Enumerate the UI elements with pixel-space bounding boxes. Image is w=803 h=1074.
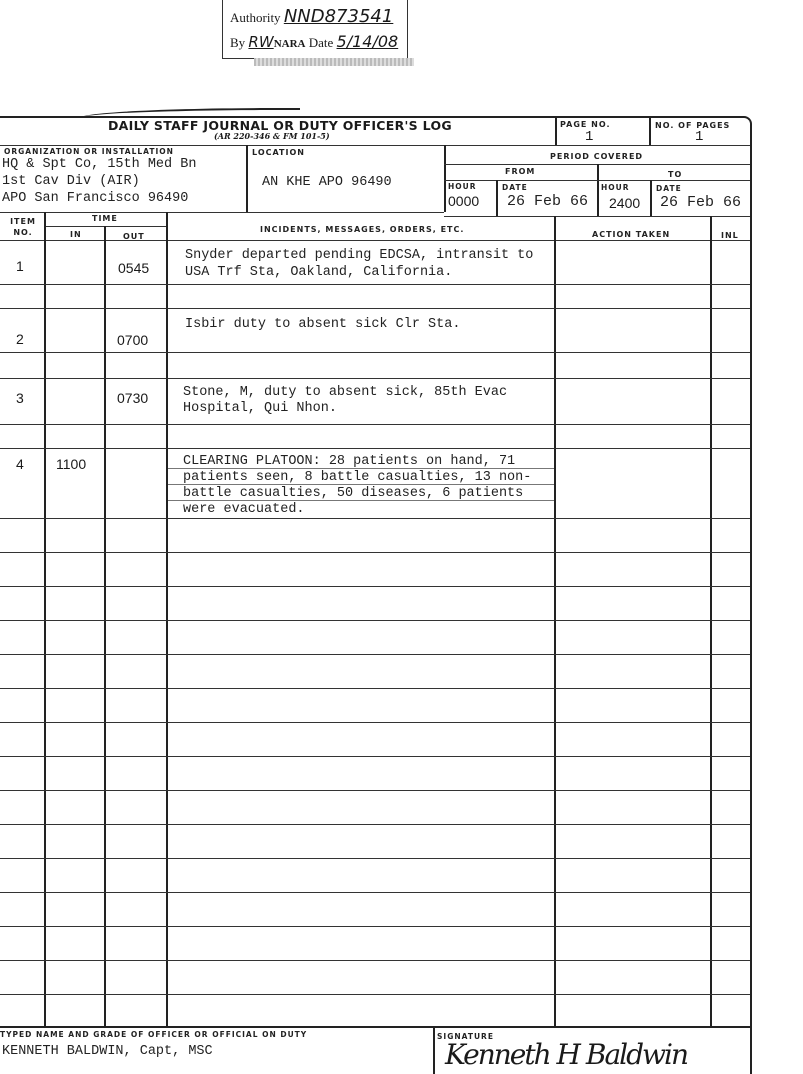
- divider: [0, 145, 750, 146]
- by-row: By RWNARA Date 5/14/08: [230, 32, 398, 51]
- column-divider: [554, 216, 556, 1026]
- row-line: [0, 688, 750, 689]
- entry-line: Isbir duty to absent sick Clr Sta.: [185, 317, 460, 333]
- entry-line: Stone, M, duty to absent sick, 85th Evac: [183, 385, 507, 401]
- divider: [444, 180, 750, 181]
- time-in: 1100: [56, 456, 86, 472]
- action-taken-header: ACTION TAKEN: [592, 230, 670, 239]
- divider: [649, 117, 651, 145]
- date-value: 5/14/08: [337, 32, 399, 51]
- signature: Kenneth H Baldwin: [445, 1038, 687, 1071]
- item-number: 3: [16, 390, 24, 406]
- entry-line: USA Trf Sta, Oakland, California.: [185, 265, 452, 281]
- divider: [496, 180, 498, 216]
- row-line: [0, 960, 750, 961]
- item-number: 1: [16, 258, 24, 274]
- no-of-pages-value: 1: [695, 129, 703, 145]
- officer-label: TYPED NAME AND GRADE OF OFFICER OR OFFIC…: [0, 1030, 307, 1039]
- row-line: [0, 824, 750, 825]
- entry-line: were evacuated.: [183, 502, 305, 518]
- location-value: AN KHE APO 96490: [262, 175, 392, 191]
- row-line: [0, 378, 750, 379]
- divider: [433, 1026, 435, 1074]
- divider: [597, 164, 599, 216]
- to-hour-value: 2400: [609, 195, 640, 211]
- row-line: [0, 352, 750, 353]
- time-out: 0730: [117, 390, 148, 406]
- row-line: [0, 448, 750, 449]
- to-date-value: 26 Feb 66: [660, 195, 741, 211]
- form-regulation: (AR 220-346 & FM 101-5): [214, 131, 330, 141]
- row-line: [0, 654, 750, 655]
- agency-label: NARA: [274, 38, 306, 50]
- entry-line: Snyder departed pending EDCSA, intransit…: [185, 248, 533, 264]
- divider: [650, 180, 652, 216]
- divider: [0, 212, 444, 213]
- in-header: IN: [70, 230, 82, 239]
- officer-name: KENNETH BALDWIN, Capt, MSC: [2, 1044, 213, 1060]
- declassification-stamp: Authority NND873541 By RWNARA Date 5/14/…: [222, 0, 408, 59]
- column-divider: [104, 226, 106, 1026]
- row-line: [0, 586, 750, 587]
- no-of-pages-label: NO. OF PAGES: [655, 121, 730, 130]
- divider: [0, 240, 750, 241]
- organization-line-1: HQ & Spt Co, 15th Med Bn: [2, 157, 196, 173]
- incidents-header: INCIDENTS, MESSAGES, ORDERS, ETC.: [260, 225, 464, 234]
- row-line: [0, 994, 750, 995]
- organization-label: ORGANIZATION OR INSTALLATION: [4, 147, 174, 156]
- to-hour-label: HOUR: [601, 183, 630, 192]
- row-line: [0, 518, 750, 519]
- from-label: FROM: [505, 167, 535, 176]
- row-line: [0, 308, 750, 309]
- row-line: [0, 892, 750, 893]
- location-label: LOCATION: [252, 148, 305, 157]
- row-line: [0, 620, 750, 621]
- entry-line: CLEARING PLATOON: 28 patients on hand, 7…: [183, 454, 515, 470]
- column-divider: [710, 216, 712, 1026]
- entry-line: battle casualties, 50 diseases, 6 patien…: [183, 486, 523, 502]
- authority-label: Authority: [230, 10, 281, 25]
- entry-line: patients seen, 8 battle casualties, 13 n…: [183, 470, 531, 486]
- divider: [46, 226, 167, 227]
- from-date-label: DATE: [502, 183, 528, 192]
- item-no-header: ITEM NO.: [6, 216, 40, 238]
- page-no-value: 1: [585, 129, 593, 145]
- period-covered-label: PERIOD COVERED: [550, 152, 643, 161]
- divider: [246, 145, 248, 212]
- row-line: [0, 424, 750, 425]
- time-out: 0545: [118, 260, 149, 276]
- authority-row: Authority NND873541: [230, 6, 393, 27]
- inl-header: INL: [721, 231, 739, 240]
- time-out: 0700: [117, 332, 148, 348]
- row-line: [0, 790, 750, 791]
- row-line: [0, 552, 750, 553]
- row-line: [0, 284, 750, 285]
- page-no-label: PAGE NO.: [560, 120, 611, 129]
- item-number: 2: [16, 331, 24, 347]
- from-hour-label: HOUR: [448, 182, 477, 191]
- column-divider: [44, 212, 46, 1026]
- time-header: TIME: [92, 214, 118, 223]
- date-label: Date: [309, 35, 334, 50]
- by-initials: RW: [248, 33, 273, 51]
- stamp-shadow: [254, 58, 414, 66]
- from-date-value: 26 Feb 66: [507, 194, 588, 210]
- to-date-label: DATE: [656, 184, 682, 193]
- authority-value: NND873541: [284, 6, 394, 27]
- by-label: By: [230, 35, 245, 50]
- to-label: TO: [668, 170, 682, 179]
- item-number: 4: [16, 456, 24, 472]
- column-divider: [166, 212, 168, 1026]
- organization-line-3: APO San Francisco 96490: [2, 191, 188, 207]
- divider: [444, 145, 446, 212]
- row-line: [0, 722, 750, 723]
- from-hour-value: 0000: [448, 193, 479, 209]
- divider: [444, 216, 750, 217]
- row-line: [0, 756, 750, 757]
- row-line: [0, 926, 750, 927]
- row-line: [0, 858, 750, 859]
- organization-line-2: 1st Cav Div (AIR): [2, 174, 140, 190]
- divider: [0, 1026, 750, 1028]
- entry-line: Hospital, Qui Nhon.: [183, 401, 337, 417]
- divider: [555, 117, 557, 145]
